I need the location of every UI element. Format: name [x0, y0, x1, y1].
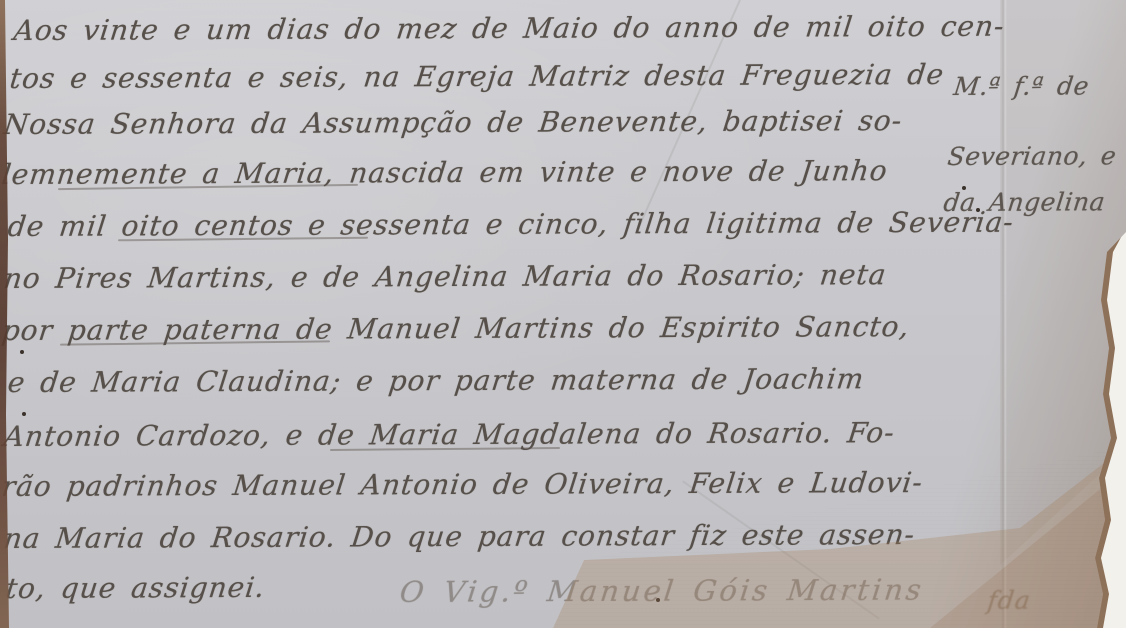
record-line-5: de mil oito centos e sessenta e cinco, f…	[6, 206, 1016, 243]
margin-note-line-2: Severiano, e	[946, 141, 1118, 171]
ink-speck	[976, 208, 980, 212]
record-line-10: rão padrinhos Manuel Antonio de Oliveira…	[0, 466, 925, 503]
margin-note-line-1: M.ª f.ª de	[952, 71, 1091, 101]
record-line-6: no Pires Martins, e de Angelina Maria do…	[2, 258, 889, 295]
record-line-2: tos e sessenta e seis, na Egreja Matriz …	[8, 58, 946, 95]
ink-speck	[962, 186, 966, 190]
ink-speck	[22, 412, 26, 416]
closing-line: to, que assignei.	[4, 571, 267, 605]
record-line-1: Aos vinte e um dias do mez de Maio do an…	[12, 10, 1007, 47]
record-line-4: lemnemente a Maria, nascida em vinte e n…	[0, 154, 890, 191]
record-line-8: e de Maria Claudina; e por parte materna…	[6, 362, 866, 399]
record-line-7: por parte paterna de Manuel Martins do E…	[0, 310, 911, 347]
record-page: Aos vinte e um dias do mez de Maio do an…	[0, 0, 1126, 628]
record-line-3: Nossa Senhora da Assumpção de Benevente,…	[2, 104, 904, 141]
scanned-baptismal-record: Aos vinte e um dias do mez de Maio do an…	[0, 0, 1126, 628]
margin-note-line-3: da Angelina	[942, 187, 1107, 217]
ink-speck	[20, 350, 24, 354]
